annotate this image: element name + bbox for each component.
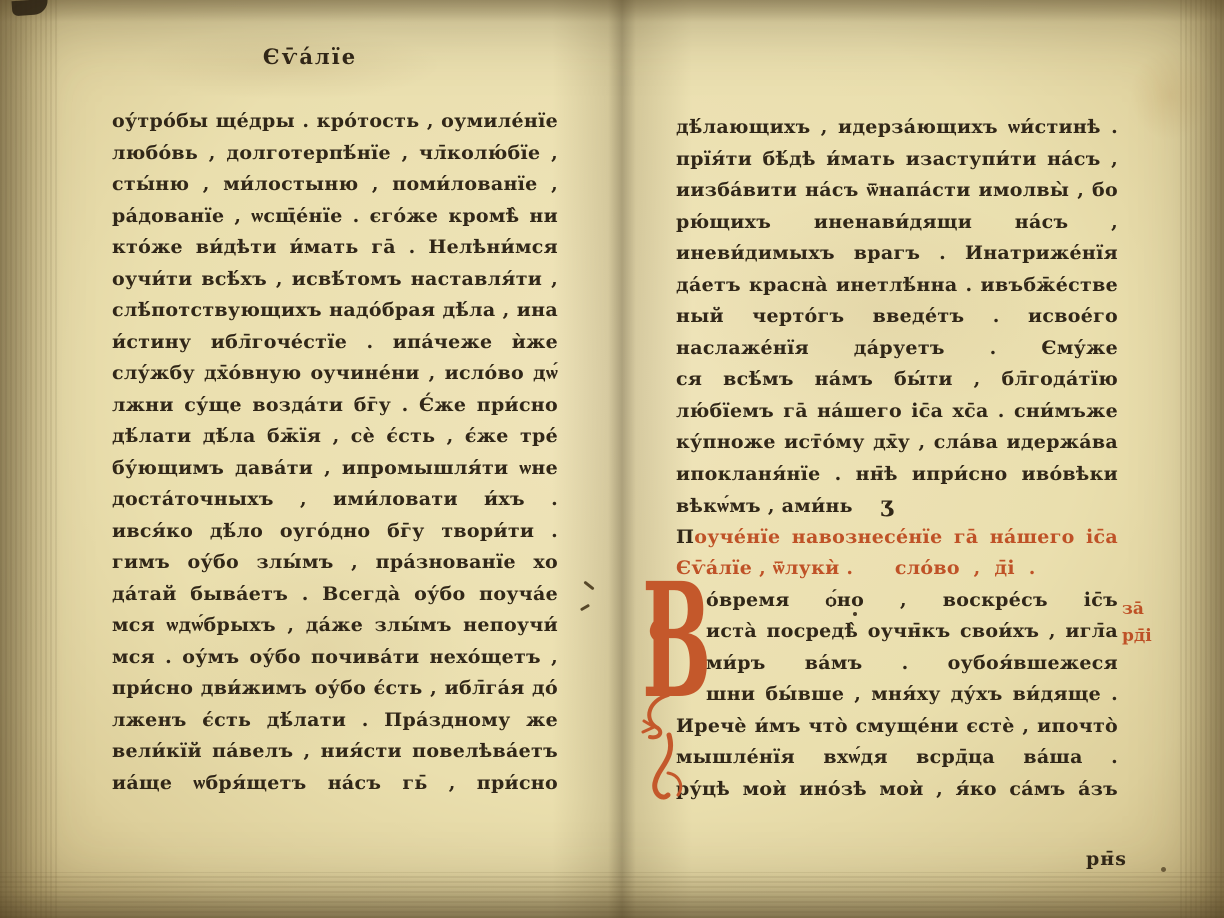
page-edge-top xyxy=(0,0,1224,22)
margin-zachalo-note: за̄ рд̄і xyxy=(1122,596,1178,650)
page-edge-bottom xyxy=(0,872,1224,918)
text-line: мся . оу́мъ оу́бо почива́ти нехо́щетъ , xyxy=(112,642,558,674)
text-line: да́тай быва́етъ . Всегда̀ оу́бо поуча́е xyxy=(112,579,558,611)
ink-speck xyxy=(1161,867,1166,872)
text-line: ми́ръ ва́мъ . оубоя́вшежеся ипристра́ xyxy=(676,648,1118,680)
text-line: наслаже́нїя да́руетъ . Єму́же сподо́бити xyxy=(676,333,1118,365)
zachalo-label: за̄ xyxy=(1122,596,1178,623)
folio-number: рн̄ѕ xyxy=(1086,848,1127,870)
book-gutter-shadow xyxy=(552,0,692,918)
text-line: рю́щихъ иненави́дящи на́съ , ви́димыхъ xyxy=(676,207,1118,239)
text-line: бу́ющимъ дава́ти , ипромышля́ти ѡне xyxy=(112,453,558,485)
text-line: гимъ оу́бо злы́мъ , пра́знованїе хо xyxy=(112,547,558,579)
page-edge-left xyxy=(0,0,60,918)
text-line: иизба́вити на́съ ѿнапа́сти имолвы̀ , бо xyxy=(676,175,1118,207)
text-line: сты́ню , ми́лостыню , поми́лованїе , ми́… xyxy=(112,169,558,201)
text-line: ный черто́гъ введе́тъ . исвое́го цр̄ьств… xyxy=(676,301,1118,333)
text-line: мышле́нїя вхѡ́дя всрд̄ца ва́ша . ви́дите xyxy=(676,742,1118,774)
rubric-heading-line2: Єѵ̄а́лїе , ѿлукѝ . сло́во , д̄і . xyxy=(676,553,1118,585)
amen-line: вѣкѡ́мъ , ами́нь ӡ xyxy=(676,490,1118,522)
text-line: прїя́ти бѣ́дѣ и́мать изаступи́ти на́съ , xyxy=(676,144,1118,176)
text-line: оучи́ти всѣ́хъ , исвѣ́томъ наставля́ти , xyxy=(112,264,558,296)
zachalo-number: рд̄і xyxy=(1122,623,1178,650)
text-line: иста̀ посредѣ̀ оучн̄къ свои́хъ , игл̄а и… xyxy=(676,616,1118,648)
page-edge-right xyxy=(1180,0,1224,918)
text-line: лю́бїемъ га̄ на́шего іс̄а хс̄а . сни́мъж… xyxy=(676,396,1118,428)
left-page-text: оу́тро́бы ще́дры . кро́тость , оумиле́нї… xyxy=(112,106,558,799)
heading-initial: П xyxy=(676,526,694,548)
gospel-text: В о́время ѻ́но , воскре́съ іс̄ъ ѿме́ртвы… xyxy=(676,585,1118,806)
text-line: ра́дованїе , ѡсщ̄е́нїе . єго́же кромѣ̀ н… xyxy=(112,201,558,233)
book-photo: Єѵ̄а́лїе оу́тро́бы ще́дры . кро́тость , … xyxy=(0,0,1224,918)
text-line: и́стину ибл̄гоче́стїе . ипа́чеже ѝже нас… xyxy=(112,327,558,359)
text-line: любо́вь , долготерпѣ́нїе , чл̄колю́бїе ,… xyxy=(112,138,558,170)
text-line: оу́тро́бы ще́дры . кро́тость , оумиле́нї… xyxy=(112,106,558,138)
text-line: о́время ѻ́но , воскре́съ іс̄ъ ѿме́ртвыхъ… xyxy=(676,585,1118,617)
right-page-text: дѣ́лающихъ , идерза́ющихъ ѡи́стинѣ . прї… xyxy=(676,112,1118,805)
text-line: лжни су́ще возда́ти бг̄у . Є́же при́сно xyxy=(112,390,558,422)
text-line: вели́кїй па́велъ , ния́сти повелѣва́етъ … xyxy=(112,736,558,768)
rubric-heading-line1: Поуче́нїе навознесе́нїе га̄ на́шего іс̄а… xyxy=(676,522,1118,554)
text-line: слу́жбу дх̄о́вную оучине́ни , исло́во дѡ… xyxy=(112,358,558,390)
text-line: ку́пноже ист̄о́му дх̄у , сла́ва идержа́в… xyxy=(676,427,1118,459)
text-line: доста́точныхъ , ими́ловати и́хъ . xyxy=(112,484,558,516)
text-line: ся всѣ́мъ на́мъ бы́ти , бл̄года́тїю ичл̄… xyxy=(676,364,1118,396)
text-line: иа́ще ѡбря́щетъ на́съ гь̄ , при́сно бл̄г… xyxy=(112,768,558,800)
text-line: дѣ́лающихъ , идерза́ющихъ ѡи́стинѣ . xyxy=(676,112,1118,144)
running-title: Єѵ̄а́лїе xyxy=(120,44,500,69)
text-line: иневи́димыхъ врагъ . Инатриже́нїя xyxy=(676,238,1118,270)
text-line: ився́ко дѣ́ло оуго́дно бг̄у твори́ти . м… xyxy=(112,516,558,548)
text-line: мся ѡдѡ́брыхъ , да́же злы́мъ непоучи́ xyxy=(112,610,558,642)
text-line: дѣ́лати дѣ́ла бж̄їя , сѐ є́сть , є́же тр… xyxy=(112,421,558,453)
text-line: кто́же ви́дѣти и́мать га̄ . Нелѣни́мся xyxy=(112,232,558,264)
text-line: при́сно дви́жимъ оу́бо є́сть , ибл̄га́я … xyxy=(112,673,558,705)
text-line: ру́цѣ моѝ ино́зѣ моѝ , я́ко са́мъ а́зъ є… xyxy=(676,774,1118,806)
end-flourish: ӡ xyxy=(881,492,894,518)
text-line: шни бы́вше , мня́ху ду́хъ ви́дяще . xyxy=(676,679,1118,711)
text-line: слѣ́потствующихъ надо́брая дѣ́ла , ина xyxy=(112,295,558,327)
text-line: лженъ є́сть дѣ́лати . Пра́здному же xyxy=(112,705,558,737)
text-line: ипокланя́нїе . нн̄ѣ ипри́сно иво́вѣки xyxy=(676,459,1118,491)
text-line: Иречѐ и́мъ что̀ смуще́ни єстѐ , ипочто̀ … xyxy=(676,711,1118,743)
text-line: да́етъ красна̀ инетлѣ́нна . ивъбж̄е́стве xyxy=(676,270,1118,302)
